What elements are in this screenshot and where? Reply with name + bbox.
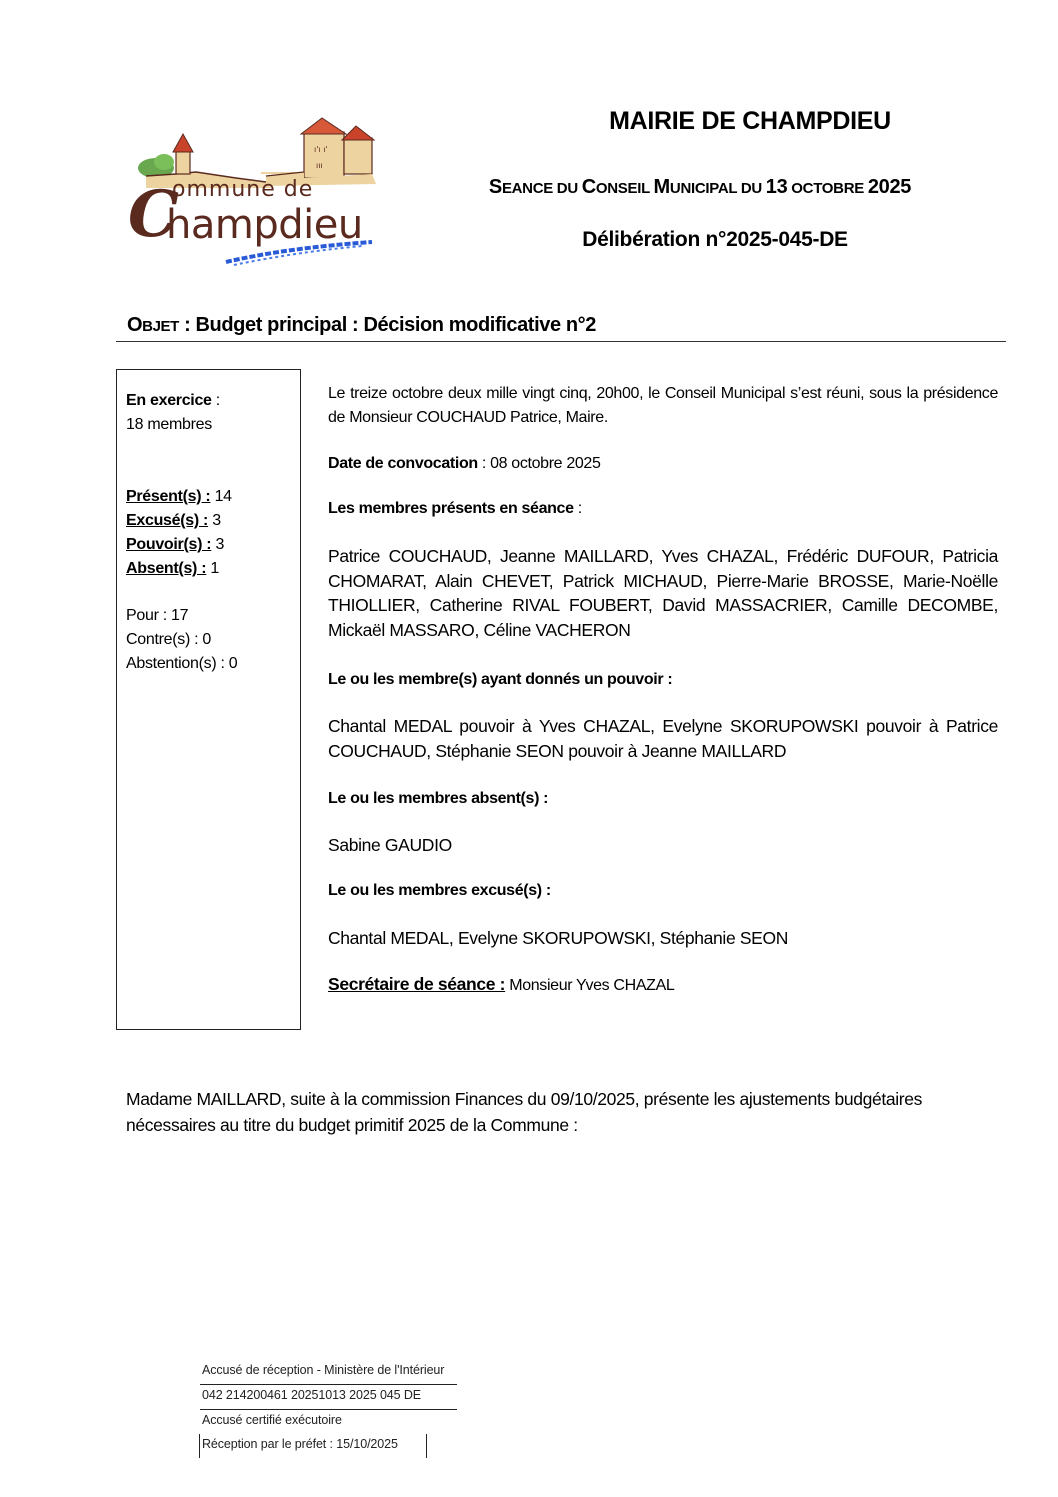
absent-heading: Le ou les membres absent(s) : [328, 787, 998, 811]
absent-list: Sabine GAUDIO [328, 833, 998, 858]
objet-divider [116, 341, 1006, 342]
objet-text: Budget principal : Décision modificative… [196, 314, 596, 336]
en-exercice-value: 18 membres [126, 416, 212, 433]
excuse-heading: Le ou les membres excusé(s) : [328, 879, 998, 903]
mairie-title: MAIRIE DE CHAMPDIEU [460, 107, 1040, 136]
vote-results: Pour : 17 Contre(s) : 0 Abstention(s) : … [126, 604, 237, 676]
attendance-summary-box [116, 369, 301, 1030]
convocation-date: Date de convocation : 08 octobre 2025 [328, 452, 998, 476]
svg-text:ııı: ııı [316, 161, 323, 170]
pouvoir-heading: Le ou les membre(s) ayant donnés un pouv… [328, 668, 998, 692]
attendance-counts: Présent(s) : 14 Excusé(s) : 3 Pouvoir(s)… [126, 485, 232, 581]
vote-pour: Pour : 17 [126, 604, 237, 628]
deliberation-number: Délibération n°2025-045-DE [460, 228, 970, 252]
village-illustration-icon: ı'ı ı' ııı C ommune de hampdieu [126, 112, 380, 268]
secretaire-de-seance: Secrétaire de séance : Monsieur Yves CHA… [328, 972, 998, 998]
en-exercice: En exercice : 18 membres [126, 389, 220, 437]
svg-text:hampdieu: hampdieu [166, 202, 363, 248]
count-present: Présent(s) : 14 [126, 485, 232, 509]
presents-heading: Les membres présents en séance : [328, 497, 998, 521]
excuse-list: Chantal MEDAL, Evelyne SKORUPOWSKI, Stép… [328, 926, 998, 951]
budget-adjustments-paragraph: Madame MAILLARD, suite à la commission F… [126, 1086, 956, 1138]
svg-text:ı'ı ı': ı'ı ı' [314, 145, 328, 154]
seance-title: SEANCE DU CONSEIL MUNICIPAL DU 13 OCTOBR… [430, 176, 970, 199]
stamp-reception-prefet: Réception par le préfet : 15/10/2025 [199, 1434, 427, 1458]
objet-heading: OBJET : Budget principal : Décision modi… [127, 314, 596, 337]
pouvoir-list: Chantal MEDAL pouvoir à Yves CHAZAL, Eve… [328, 714, 998, 763]
count-absent: Absent(s) : 1 [126, 557, 232, 581]
count-pouvoir: Pouvoir(s) : 3 [126, 533, 232, 557]
stamp-executoire: Accusé certifié exécutoire [200, 1410, 457, 1434]
vote-contre: Contre(s) : 0 [126, 628, 237, 652]
vote-abstention: Abstention(s) : 0 [126, 652, 237, 676]
presents-list: Patrice COUCHAUD, Jeanne MAILLARD, Yves … [328, 544, 998, 642]
count-excuse: Excusé(s) : 3 [126, 509, 232, 533]
stamp-ministere: Accusé de réception - Ministère de l'Int… [200, 1360, 457, 1385]
svg-text:ommune de: ommune de [172, 177, 313, 202]
intro-paragraph: Le treize octobre deux mille vingt cinq,… [328, 382, 998, 430]
commune-logo: ı'ı ı' ııı C ommune de hampdieu [126, 112, 380, 268]
reception-stamp: Accusé de réception - Ministère de l'Int… [200, 1360, 457, 1458]
stamp-reference: 042 214200461 20251013 2025 045 DE [200, 1385, 457, 1410]
